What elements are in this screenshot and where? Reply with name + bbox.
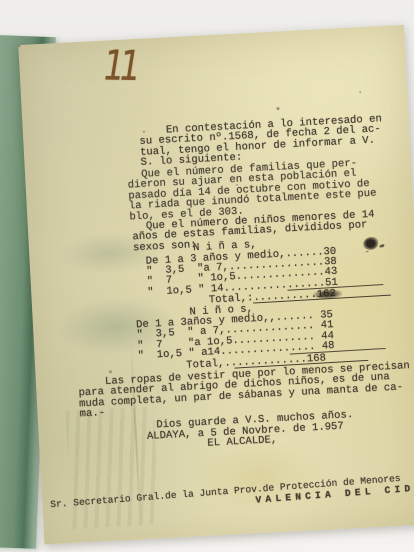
- typed-paragraph-clothing: Las ropas de vestir que por lo menos se …: [78, 361, 412, 420]
- addressee-block: Sr. Secretario Gral.de la Junta Prov.de …: [50, 473, 414, 521]
- text-line: EL ALCALDE,: [207, 435, 277, 449]
- handwritten-mark: 11: [100, 41, 140, 90]
- photo-background: 11 En contestación a lo interesado en su…: [0, 0, 414, 552]
- paper-specks: [18, 45, 20, 47]
- document-paper: 11 En contestación a lo interesado en su…: [18, 25, 414, 545]
- closing-signature-title: EL ALCALDE,: [207, 435, 277, 449]
